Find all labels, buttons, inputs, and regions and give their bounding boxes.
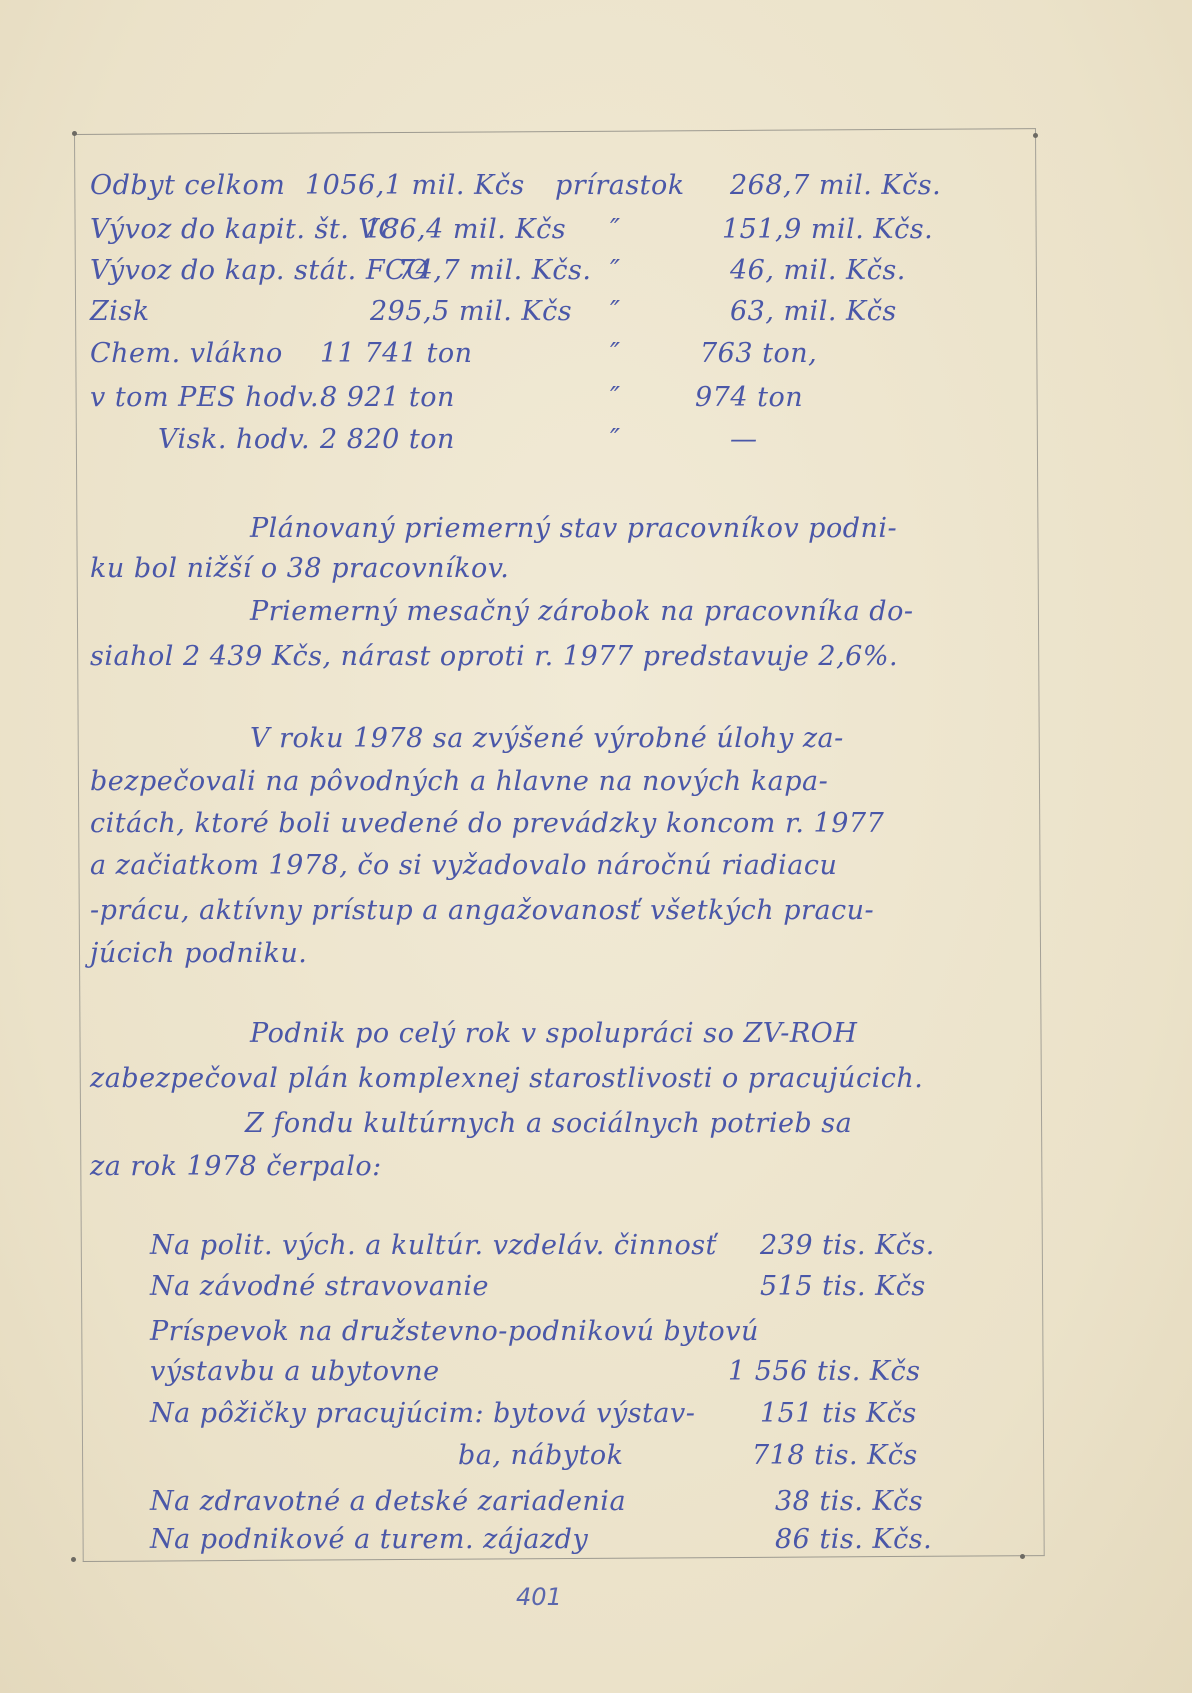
text-line: júcich podniku. bbox=[90, 940, 307, 967]
text-line: za rok 1978 čerpalo: bbox=[90, 1153, 382, 1180]
row-ditto: ″ bbox=[610, 384, 621, 411]
frame-corner-bottom-left bbox=[71, 1557, 76, 1562]
row-ditto: ″ bbox=[610, 340, 621, 367]
row-label: Odbyt celkom bbox=[90, 172, 285, 199]
text-line: -prácu, aktívny prístup a angažovanosť v… bbox=[90, 897, 874, 924]
row-increase: 974 ton bbox=[695, 384, 803, 411]
item-amount: 718 tis. Kčs bbox=[752, 1442, 918, 1469]
row-ditto: ″ bbox=[610, 426, 621, 453]
text-line: bezpečovali na pôvodných a hlavne na nov… bbox=[90, 768, 828, 795]
item-amount: 515 tis. Kčs bbox=[760, 1273, 926, 1300]
text-line: a začiatkom 1978, čo si vyžadovalo nároč… bbox=[90, 852, 837, 879]
text-line: Podnik po celý rok v spolupráci so ZV-RO… bbox=[250, 1020, 857, 1047]
text-line: Plánovaný priemerný stav pracovníkov pod… bbox=[250, 515, 897, 542]
frame-corner-top-left bbox=[72, 131, 77, 136]
text-line: siahol 2 439 Kčs, nárast oproti r. 1977 … bbox=[90, 643, 898, 670]
item-amount: 86 tis. Kčs. bbox=[775, 1526, 932, 1553]
item-label: ba, nábytok bbox=[458, 1442, 624, 1469]
row-label: Visk. hodv. bbox=[158, 426, 310, 453]
frame-corner-top-right bbox=[1033, 133, 1038, 138]
row-value: 295,5 mil. Kčs bbox=[370, 298, 572, 325]
item-amount: 239 tis. Kčs. bbox=[760, 1232, 935, 1259]
text-line: citách, ktoré boli uvedené do prevádzky … bbox=[90, 810, 884, 837]
row-increase: 151,9 mil. Kčs. bbox=[722, 216, 933, 243]
row-ditto: ″ bbox=[610, 298, 621, 325]
row-value: 1056,1 mil. Kčs bbox=[305, 172, 525, 199]
row-label: Zisk bbox=[90, 298, 150, 325]
text-line: V roku 1978 sa zvýšené výrobné úlohy za- bbox=[250, 725, 844, 752]
row-label: Vývoz do kapit. št. VC bbox=[90, 216, 400, 243]
row-ditto: ″ bbox=[610, 216, 621, 243]
row-value: 8 921 ton bbox=[320, 384, 455, 411]
item-label: Na závodné stravovanie bbox=[150, 1273, 489, 1300]
row-value: 11 741 ton bbox=[320, 340, 473, 367]
row-increase: 46, mil. Kčs. bbox=[730, 257, 906, 284]
item-label: Na polit. vých. a kultúr. vzdeláv. činno… bbox=[150, 1232, 717, 1259]
row-increase: 63, mil. Kčs bbox=[730, 298, 897, 325]
frame-corner-bottom-right bbox=[1020, 1554, 1025, 1559]
row-ditto: prírastok bbox=[555, 172, 685, 199]
row-increase: — bbox=[730, 426, 758, 453]
item-label: Na pôžičky pracujúcim: bytová výstav- bbox=[150, 1400, 695, 1427]
text-line: Z fondu kultúrnych a sociálnych potrieb … bbox=[245, 1110, 852, 1137]
page-number: 401 bbox=[516, 1583, 562, 1611]
item-label: výstavbu a ubytovne bbox=[150, 1358, 440, 1385]
item-label: Príspevok na družstevno-podnikovú bytovú bbox=[150, 1318, 759, 1345]
item-amount: 1 556 tis. Kčs bbox=[728, 1358, 921, 1385]
text-line: ku bol nižší o 38 pracovníkov. bbox=[90, 555, 509, 582]
row-label: v tom PES hodv. bbox=[90, 384, 319, 411]
row-value: 74,7 mil. Kčs. bbox=[398, 257, 591, 284]
row-label: Chem. vlákno bbox=[90, 340, 283, 367]
row-increase: 268,7 mil. Kčs. bbox=[730, 172, 941, 199]
item-amount: 151 tis Kčs bbox=[760, 1400, 917, 1427]
item-label: Na podnikové a turem. zájazdy bbox=[150, 1526, 588, 1553]
text-line: Priemerný mesačný zárobok na pracovníka … bbox=[250, 598, 913, 625]
row-increase: 763 ton, bbox=[700, 340, 817, 367]
item-amount: 38 tis. Kčs bbox=[775, 1488, 923, 1515]
row-value: 186,4 mil. Kčs bbox=[364, 216, 566, 243]
row-label: Vývoz do kap. stát. FCO bbox=[90, 257, 429, 284]
text-line: zabezpečoval plán komplexnej starostlivo… bbox=[90, 1065, 923, 1092]
row-value: 2 820 ton bbox=[320, 426, 455, 453]
row-ditto: ″ bbox=[610, 257, 621, 284]
item-label: Na zdravotné a detské zariadenia bbox=[150, 1488, 626, 1515]
